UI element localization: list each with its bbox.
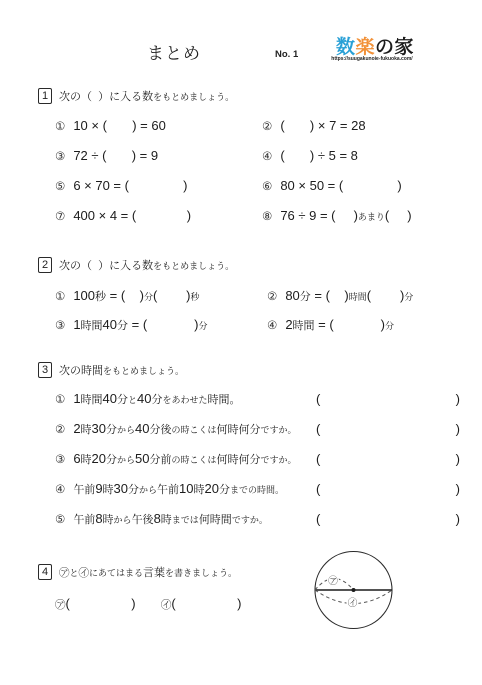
text-segment: 時 bbox=[103, 511, 114, 527]
text-segment: 午後 bbox=[132, 511, 154, 527]
item-number: ① bbox=[55, 289, 65, 303]
text-segment: 分 bbox=[128, 481, 139, 497]
text-segment: から bbox=[114, 513, 132, 526]
text-segment: 100 bbox=[73, 288, 95, 303]
problem-item: ③72 ÷ ( ) = 9 bbox=[38, 148, 245, 163]
text-segment: ( ) bbox=[367, 288, 405, 303]
text-segment: 40 bbox=[135, 421, 149, 436]
problem-item: ④午前9時30分から午前10時20分までの時間。 bbox=[38, 481, 284, 497]
problem-row: ③72 ÷ ( ) = 9④( ) ÷ 5 = 8 bbox=[38, 140, 462, 170]
section-header: 2 次の（ ）に入る数をもとめましょう。 bbox=[38, 257, 462, 273]
item-number: ③ bbox=[55, 452, 65, 466]
section-title: 次の（ ）に入る数をもとめましょう。 bbox=[59, 88, 234, 104]
text-segment: 分後 bbox=[150, 421, 172, 437]
text-segment: 何時間 bbox=[199, 511, 232, 527]
page-title: まとめ bbox=[147, 39, 201, 64]
text-segment: = ( ) bbox=[311, 288, 349, 303]
text-segment: ( ) bbox=[171, 596, 241, 611]
text-segment: ですか。 bbox=[261, 453, 297, 466]
problem-item: ③1時間40分 = ( )分 bbox=[38, 317, 250, 333]
text-segment: から bbox=[117, 423, 135, 436]
section-header: 3 次の時間をもとめましょう。 bbox=[38, 362, 462, 378]
item-number: ⑥ bbox=[262, 179, 272, 193]
text-segment: ですか。 bbox=[261, 423, 297, 436]
problem-row: ①100秒 = ( )分( )秒②80分 = ( )時間( )分 bbox=[38, 281, 462, 310]
section-body: ①1時間40分と40分をあわせた時間。()②2時30分から40分後の時こくは何時… bbox=[38, 384, 462, 534]
text-segment: をもとめましょう。 bbox=[153, 90, 234, 103]
section-number-box: 3 bbox=[38, 362, 52, 378]
text-segment bbox=[136, 596, 161, 611]
section-title: 次の時間をもとめましょう。 bbox=[59, 362, 184, 378]
text-segment: 次の時間 bbox=[59, 362, 103, 378]
text-segment: 分 bbox=[219, 481, 230, 497]
item-number: ④ bbox=[55, 482, 65, 496]
section-number-box: 4 bbox=[38, 564, 52, 580]
problem-item: ①1時間40分と40分をあわせた時間。 bbox=[38, 391, 241, 407]
text-segment: 8 bbox=[154, 511, 161, 526]
paren-open: ( bbox=[316, 482, 320, 497]
text-segment: 時間 bbox=[81, 391, 103, 407]
problem-item: ②80分 = ( )時間( )分 bbox=[250, 288, 462, 304]
text-segment: 分 bbox=[117, 391, 128, 407]
text-segment: 時間 bbox=[81, 317, 103, 333]
text-segment: 40 bbox=[103, 391, 117, 406]
text-segment: 9 bbox=[95, 481, 102, 496]
answer-parens: () bbox=[316, 422, 460, 437]
text-segment: 午前 bbox=[157, 481, 179, 497]
text-segment: 分 bbox=[152, 391, 163, 407]
logo-character: 数 bbox=[336, 37, 356, 58]
text-segment: 次の（ ）に入る数 bbox=[59, 88, 153, 104]
text-segment: 10 × ( ) = 60 bbox=[73, 118, 166, 133]
text-segment: 1 bbox=[73, 317, 80, 332]
problem-item: ②( ) × 7 = 28 bbox=[245, 118, 462, 133]
text-segment: ( ) bbox=[66, 596, 136, 611]
problem-row: ⑦400 × 4 = ( )⑧76 ÷ 9 = ( )あまり( ) bbox=[38, 200, 462, 230]
text-segment: 1 bbox=[73, 391, 80, 406]
answer-parens: () bbox=[316, 452, 460, 467]
problem-row: ③1時間40分 = ( )分④2時間 = ( )分 bbox=[38, 310, 462, 339]
text-segment: 秒 bbox=[95, 288, 106, 304]
text-segment: あまり bbox=[358, 210, 385, 223]
text-segment: 20 bbox=[205, 481, 219, 496]
text-segment: 分 bbox=[117, 317, 128, 333]
text-segment: = ( ) bbox=[315, 317, 385, 332]
text-segment: 午前 bbox=[73, 511, 95, 527]
text-segment: 時 bbox=[161, 511, 172, 527]
text-segment: 時 bbox=[81, 451, 92, 467]
problem-item: ②2時30分から40分後の時こくは何時何分ですか。 bbox=[38, 421, 297, 437]
problem-row: ②2時30分から40分後の時こくは何時何分ですか。() bbox=[38, 414, 462, 444]
text-segment: 時間 bbox=[293, 317, 315, 333]
paren-open: ( bbox=[316, 392, 320, 407]
logo-character: の家 bbox=[375, 37, 414, 58]
item-number: ⑦ bbox=[55, 209, 65, 223]
text-segment: 6 bbox=[73, 451, 80, 466]
text-segment: と bbox=[70, 566, 79, 579]
problem-item: ③6時20分から50分前の時こくは何時何分ですか。 bbox=[38, 451, 297, 467]
text-segment: をもとめましょう。 bbox=[153, 259, 234, 272]
section-title: ㋐と㋑にあてはまる言葉を書きましょう。 bbox=[59, 564, 237, 580]
text-segment: 分 bbox=[300, 288, 311, 304]
problem-item: ①100秒 = ( )分( )秒 bbox=[38, 288, 250, 304]
text-segment: ですか。 bbox=[232, 513, 268, 526]
text-segment: 時 bbox=[194, 481, 205, 497]
figure-label-b: ㋑ bbox=[348, 598, 358, 609]
item-number: ① bbox=[55, 119, 65, 133]
worksheet-page: まとめ No. 1 数楽の家 https://suugakunoie-fukuo… bbox=[0, 0, 482, 685]
text-segment: 時間。 bbox=[208, 391, 241, 407]
text-segment: ㋑ bbox=[161, 597, 172, 612]
text-segment: の時こくは bbox=[172, 423, 217, 436]
text-segment: 何時何分 bbox=[217, 421, 261, 437]
text-segment: 8 bbox=[95, 511, 102, 526]
sphere-figure: ㋐ ㋑ bbox=[305, 545, 403, 645]
text-segment: と bbox=[128, 393, 137, 406]
text-segment: ㋐ bbox=[59, 565, 70, 580]
text-segment: = ( ) bbox=[106, 288, 144, 303]
paren-close: ) bbox=[456, 482, 460, 497]
problem-row: ③6時20分から50分前の時こくは何時何分ですか。() bbox=[38, 444, 462, 474]
text-segment: 次の（ ）に入る数 bbox=[59, 257, 153, 273]
figure-label-a: ㋐ bbox=[328, 576, 338, 587]
item-number: ② bbox=[267, 289, 277, 303]
section-1-fill-in-numbers: 1 次の（ ）に入る数をもとめましょう。 ①10 × ( ) = 60②( ) … bbox=[38, 88, 462, 230]
section-title: 次の（ ）に入る数をもとめましょう。 bbox=[59, 257, 234, 273]
text-segment: 2 bbox=[73, 421, 80, 436]
paren-open: ( bbox=[316, 452, 320, 467]
problem-item: ⑤6 × 70 = ( ) bbox=[38, 178, 245, 193]
answer-parens: () bbox=[316, 482, 460, 497]
text-segment: 分 bbox=[106, 421, 117, 437]
text-segment: 40 bbox=[103, 317, 117, 332]
text-segment: 80 × 50 = ( ) bbox=[280, 178, 401, 193]
text-segment: までの時間。 bbox=[230, 483, 284, 496]
text-segment: 午前 bbox=[73, 481, 95, 497]
text-segment: ㋐ bbox=[55, 597, 66, 612]
section-body: ①100秒 = ( )分( )秒②80分 = ( )時間( )分③1時間40分 … bbox=[38, 281, 462, 339]
problem-row: ①1時間40分と40分をあわせた時間。() bbox=[38, 384, 462, 414]
text-segment: 10 bbox=[179, 481, 193, 496]
section-body: ①10 × ( ) = 60②( ) × 7 = 28③72 ÷ ( ) = 9… bbox=[38, 110, 462, 230]
item-number: ② bbox=[55, 422, 65, 436]
logo-character: 楽 bbox=[356, 37, 376, 58]
section-number-box: 1 bbox=[38, 88, 52, 104]
section-2-time-unit-conversion: 2 次の（ ）に入る数をもとめましょう。 ①100秒 = ( )分( )秒②80… bbox=[38, 257, 462, 339]
problem-item: ⑥80 × 50 = ( ) bbox=[245, 178, 462, 193]
item-number: ① bbox=[55, 392, 65, 406]
page-number: No. 1 bbox=[275, 49, 298, 60]
text-segment: をあわせた bbox=[163, 393, 208, 406]
item-number: ④ bbox=[267, 318, 277, 332]
text-segment: 分 bbox=[198, 319, 207, 332]
text-segment: ( ) ÷ 5 = 8 bbox=[280, 148, 358, 163]
text-segment: 20 bbox=[92, 451, 106, 466]
text-segment: の時こくは bbox=[172, 453, 217, 466]
section-number-box: 2 bbox=[38, 257, 52, 273]
section-header: 1 次の（ ）に入る数をもとめましょう。 bbox=[38, 88, 462, 104]
problem-item: ④( ) ÷ 5 = 8 bbox=[245, 148, 462, 163]
text-segment: をもとめましょう。 bbox=[103, 364, 184, 377]
text-segment: 30 bbox=[92, 421, 106, 436]
item-number: ③ bbox=[55, 149, 65, 163]
text-segment: までは bbox=[172, 513, 199, 526]
text-segment: 何時何分 bbox=[217, 451, 261, 467]
problem-item: ⑤午前8時から午後8時までは何時間ですか。 bbox=[38, 511, 268, 527]
text-segment: 分 bbox=[106, 451, 117, 467]
paren-open: ( bbox=[316, 422, 320, 437]
item-number: ② bbox=[262, 119, 272, 133]
site-logo: 数楽の家 bbox=[336, 32, 414, 59]
text-segment: 分 bbox=[144, 290, 153, 303]
text-segment: から bbox=[117, 453, 135, 466]
text-segment: ㋑ bbox=[79, 565, 90, 580]
text-segment: 40 bbox=[137, 391, 151, 406]
paren-close: ) bbox=[456, 512, 460, 527]
text-segment: 秒 bbox=[191, 290, 200, 303]
item-number: ④ bbox=[262, 149, 272, 163]
text-segment: 80 bbox=[285, 288, 299, 303]
text-segment: 時間 bbox=[349, 290, 367, 303]
paren-close: ) bbox=[456, 422, 460, 437]
text-segment: ( ) bbox=[385, 208, 412, 223]
text-segment: 言葉 bbox=[143, 564, 165, 580]
problem-row: ①10 × ( ) = 60②( ) × 7 = 28 bbox=[38, 110, 462, 140]
text-segment: から bbox=[139, 483, 157, 496]
item-number: ⑤ bbox=[55, 512, 65, 526]
problem-item: ①10 × ( ) = 60 bbox=[38, 118, 245, 133]
text-segment: 50 bbox=[135, 451, 149, 466]
text-segment: 30 bbox=[114, 481, 128, 496]
text-segment: 時 bbox=[103, 481, 114, 497]
text-segment: ( ) bbox=[153, 288, 191, 303]
text-segment: を書きましょう。 bbox=[165, 566, 237, 579]
answer-parens: () bbox=[316, 512, 460, 527]
answer-parens: () bbox=[316, 392, 460, 407]
text-segment: ( ) × 7 = 28 bbox=[280, 118, 365, 133]
text-segment: 6 × 70 = ( ) bbox=[73, 178, 187, 193]
site-url: https://suugakunoie-fukuoka.com/ bbox=[326, 56, 418, 62]
problem-row: ④午前9時30分から午前10時20分までの時間。() bbox=[38, 474, 462, 504]
item-number: ⑤ bbox=[55, 179, 65, 193]
item-number: ⑧ bbox=[262, 209, 272, 223]
problem-item: ⑧76 ÷ 9 = ( )あまり( ) bbox=[245, 208, 462, 223]
text-segment: 72 ÷ ( ) = 9 bbox=[73, 148, 158, 163]
problem-item: ④2時間 = ( )分 bbox=[250, 317, 462, 333]
paren-open: ( bbox=[316, 512, 320, 527]
problem-row: ⑤午前8時から午後8時までは何時間ですか。() bbox=[38, 504, 462, 534]
text-segment: 分 bbox=[385, 319, 394, 332]
text-segment: = ( ) bbox=[128, 317, 198, 332]
center-dot bbox=[352, 588, 356, 592]
text-segment: 76 ÷ 9 = ( ) bbox=[280, 208, 358, 223]
item-number: ③ bbox=[55, 318, 65, 332]
paren-close: ) bbox=[456, 452, 460, 467]
text-segment: にあてはまる bbox=[89, 566, 143, 579]
text-segment: 400 × 4 = ( ) bbox=[73, 208, 191, 223]
section-3-time-problems: 3 次の時間をもとめましょう。 ①1時間40分と40分をあわせた時間。()②2時… bbox=[38, 362, 462, 534]
text-segment: 分前 bbox=[150, 451, 172, 467]
text-segment: 時 bbox=[81, 421, 92, 437]
text-segment: 2 bbox=[285, 317, 292, 332]
problem-item: ⑦400 × 4 = ( ) bbox=[38, 208, 245, 223]
problem-row: ⑤6 × 70 = ( )⑥80 × 50 = ( ) bbox=[38, 170, 462, 200]
paren-close: ) bbox=[456, 392, 460, 407]
text-segment: 分 bbox=[404, 290, 413, 303]
